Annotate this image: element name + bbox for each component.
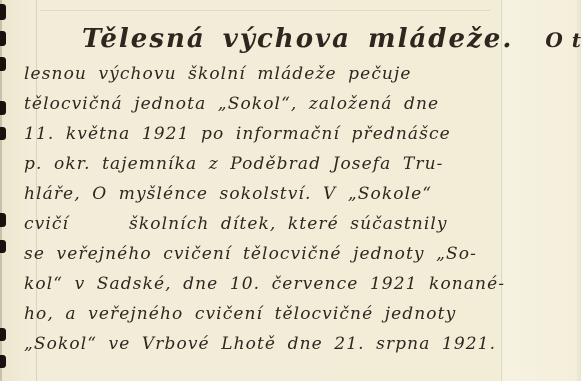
handwritten-text: Tělesná výchova mládeže. O tě- lesnou vý… — [24, 24, 558, 364]
paragraph-start: O tě- — [545, 28, 581, 52]
binding-mark — [0, 127, 6, 140]
handwritten-line: tělocvičná jednota „Sokol“, založená dne — [24, 94, 558, 124]
handwritten-line-with-blank: cvičíškolních dítek, které súčastnily — [24, 214, 558, 244]
handwritten-line: lesnou výchovu školní mládeže pečuje — [24, 64, 558, 94]
binding-mark — [0, 240, 6, 253]
handwritten-line: 11. května 1921 po informační přednášce — [24, 124, 558, 154]
chronicle-page: Tělesná výchova mládeže. O tě- lesnou vý… — [0, 0, 581, 381]
line-text-after-blank: školních dítek, které súčastnily — [129, 214, 448, 234]
line-text-before-blank: cvičí — [24, 214, 69, 234]
binding-mark — [0, 328, 6, 341]
handwritten-line: „Sokol“ ve Vrbové Lhotě dne 21. srpna 19… — [24, 334, 558, 364]
page-title: Tělesná výchova mládeže. — [82, 24, 513, 54]
handwritten-line: hláře, O myšlénce sokolství. V „Sokole“ — [24, 184, 558, 214]
handwritten-line: p. okr. tajemníka z Poděbrad Josefa Tru- — [24, 154, 558, 184]
binding-mark — [0, 31, 6, 46]
binding-mark — [0, 213, 6, 227]
handwritten-line: kol“ v Sadské, dne 10. července 1921 kon… — [24, 274, 558, 304]
handwritten-line: se veřejného cvičení tělocvičné jednoty … — [24, 244, 558, 274]
binding-mark — [0, 355, 6, 368]
page-top-edge — [40, 10, 490, 11]
binding-mark — [0, 57, 6, 71]
binding-mark — [0, 101, 6, 115]
binding-mark — [0, 4, 6, 20]
title-line: Tělesná výchova mládeže. O tě- — [82, 24, 558, 64]
handwritten-line: ho, a veřejného cvičení tělocvičné jedno… — [24, 304, 558, 334]
